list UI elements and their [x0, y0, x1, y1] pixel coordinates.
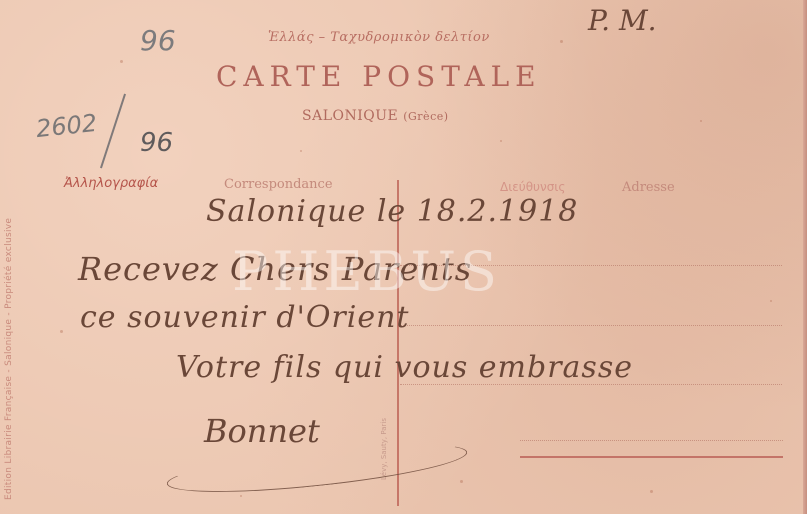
address-greek-label: Διεύθυνσις	[500, 180, 565, 194]
watermark: PHEBUS	[232, 240, 501, 303]
greek-header: Ἑλλάς – Ταχυδρομικὸν δελτίον	[268, 30, 490, 45]
card-edge	[803, 0, 807, 514]
address-underline	[520, 456, 783, 458]
pencil-number-top: 96	[140, 24, 176, 57]
foxing-spot	[700, 120, 702, 122]
subtitle-country: (Grèce)	[403, 110, 448, 123]
address-label: Adresse	[622, 180, 675, 195]
postcard-back: Ἑλλάς – Ταχυδρομικὸν δελτίον CARTE POSTA…	[0, 0, 807, 514]
foxing-spot	[560, 40, 563, 43]
pencil-catalog-suffix: 96	[140, 128, 173, 158]
foxing-spot	[500, 140, 502, 142]
correspondence-label: Correspondance	[224, 177, 333, 192]
correspondence-greek-label: Ἀλληλογραφία	[64, 176, 158, 191]
pencil-slash	[100, 94, 126, 169]
handwritten-line-3: Votre fils qui vous embrasse	[176, 350, 633, 385]
pencil-catalog-number: 2602	[35, 109, 99, 143]
foxing-spot	[120, 60, 123, 63]
foxing-spot	[60, 330, 63, 333]
foxing-spot	[240, 495, 242, 497]
card-title: CARTE POSTALE	[216, 60, 542, 93]
address-line	[400, 325, 782, 326]
subtitle-city: SALONIQUE	[302, 108, 398, 124]
handwritten-signature: Bonnet	[204, 412, 320, 450]
foxing-spot	[300, 150, 302, 152]
foxing-spot	[460, 480, 463, 483]
handwritten-line-2: ce souvenir d'Orient	[80, 300, 409, 335]
foxing-spot	[770, 300, 772, 302]
address-line	[520, 440, 783, 441]
handwritten-initials: P. M.	[588, 4, 657, 37]
card-subtitle: SALONIQUE (Grèce)	[302, 108, 449, 124]
foxing-spot	[650, 490, 653, 493]
publisher-imprint: Edition Librairie Française - Salonique …	[4, 218, 14, 500]
handwritten-date-line: Salonique le 18.2.1918	[206, 194, 578, 229]
